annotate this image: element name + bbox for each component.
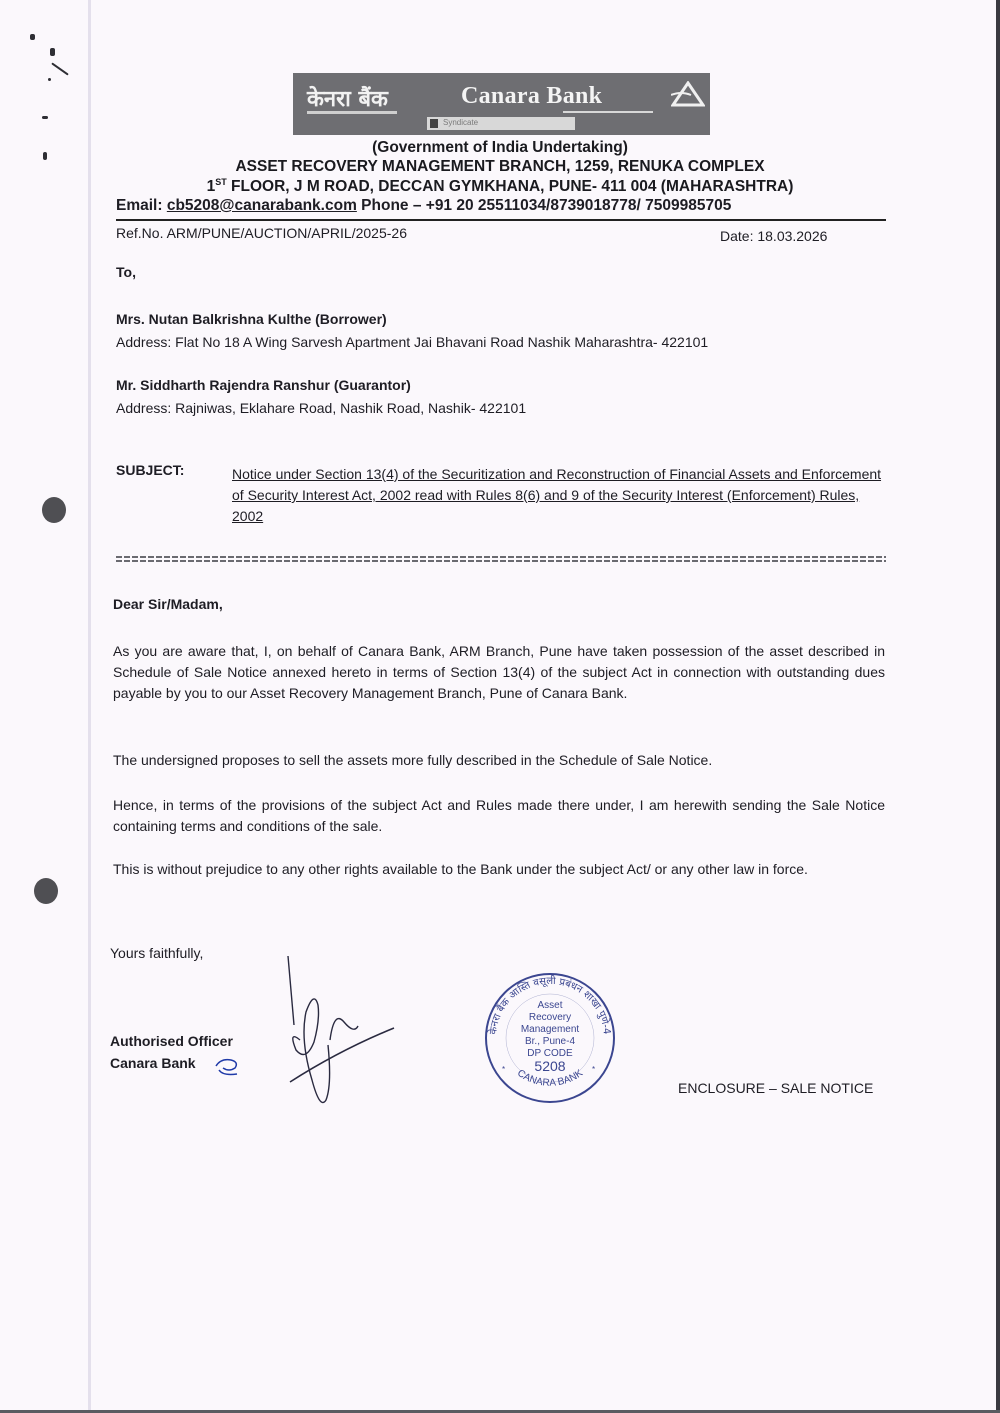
stamp-line-4: Br., Pune-4: [525, 1036, 575, 1047]
stamp-line-3: Management: [521, 1024, 580, 1035]
logo-hindi-text: केनरा बैंक: [307, 83, 388, 113]
letter-date: Date: 18.03.2026: [720, 225, 827, 247]
syndicate-badge: Syndicate: [427, 117, 575, 130]
floor-sup: ST: [215, 177, 227, 187]
branch-seal-stamp: केनरा बैंक आस्ति वसूली प्रबंधन शाखा पुणे…: [480, 968, 620, 1108]
email-link[interactable]: cb5208@canarabank.com: [167, 197, 357, 214]
scan-edge-right: [996, 0, 1000, 1413]
logo-english-tagline: [563, 111, 653, 113]
enclosure-note: ENCLOSURE – SALE NOTICE: [678, 1080, 873, 1096]
floor-number: 1: [207, 178, 216, 195]
stamp-line-2: Recovery: [529, 1012, 571, 1023]
greeting: Dear Sir/Madam,: [113, 593, 223, 615]
government-line: (Government of India Undertaking): [0, 139, 1000, 157]
address-line: 1ST FLOOR, J M ROAD, DECCAN GYMKHANA, PU…: [0, 177, 1000, 196]
scan-fold-line: [88, 0, 91, 1413]
borrower-name: Mrs. Nutan Balkrishna Kulthe (Borrower): [116, 308, 387, 330]
email-label: Email:: [116, 197, 167, 214]
stamp-line-6: 5208: [534, 1058, 565, 1074]
logo-english-text: Canara Bank: [461, 83, 602, 110]
guarantor-address: Address: Rajniwas, Eklahare Road, Nashik…: [116, 397, 526, 419]
yours-faithfully: Yours faithfully,: [110, 942, 203, 964]
svg-text:*: *: [502, 1065, 505, 1074]
canara-bank-logo: केनरा बैंक Canara Bank Syndicate: [293, 73, 710, 135]
body-paragraph-2: The undersigned proposes to sell the ass…: [113, 750, 885, 771]
guarantor-name: Mr. Siddharth Rajendra Ranshur (Guaranto…: [116, 374, 411, 396]
syndicate-icon: [430, 119, 438, 128]
address-rest: FLOOR, J M ROAD, DECCAN GYMKHANA, PUNE- …: [227, 178, 794, 195]
stamp-line-1: Asset: [537, 1000, 562, 1011]
body-paragraph-3: Hence, in terms of the provisions of the…: [113, 795, 885, 837]
branch-line: ASSET RECOVERY MANAGEMENT BRANCH, 1259, …: [0, 158, 1000, 176]
header-rule: [116, 219, 886, 221]
officer-title: Authorised Officer: [110, 1030, 233, 1052]
borrower-address: Address: Flat No 18 A Wing Sarvesh Apart…: [116, 331, 708, 353]
canara-emblem-icon: [671, 81, 705, 109]
svg-text:*: *: [592, 1065, 595, 1074]
body-paragraph-1: As you are aware that, I, on behalf of C…: [113, 641, 885, 704]
syndicate-label: Syndicate: [443, 118, 478, 127]
logo-hindi-tagline: [307, 111, 397, 114]
officer-org: Canara Bank: [110, 1052, 196, 1074]
punch-hole-bottom: [34, 878, 58, 904]
body-paragraph-4: This is without prejudice to any other r…: [113, 859, 885, 880]
punch-hole-top: [42, 497, 66, 523]
initials-icon: [213, 1056, 243, 1080]
reference-number: Ref.No. ARM/PUNE/AUCTION/APRIL/2025-26: [116, 222, 407, 244]
phone-numbers: Phone – +91 20 25511034/8739018778/ 7509…: [357, 197, 731, 214]
double-line-divider: [116, 556, 886, 566]
subject-text: Notice under Section 13(4) of the Securi…: [232, 464, 888, 527]
subject-label: SUBJECT:: [116, 462, 184, 478]
salutation-to: To,: [116, 261, 136, 283]
signature-icon: [270, 950, 410, 1120]
contact-line: Email: cb5208@canarabank.com Phone – +91…: [116, 197, 731, 215]
